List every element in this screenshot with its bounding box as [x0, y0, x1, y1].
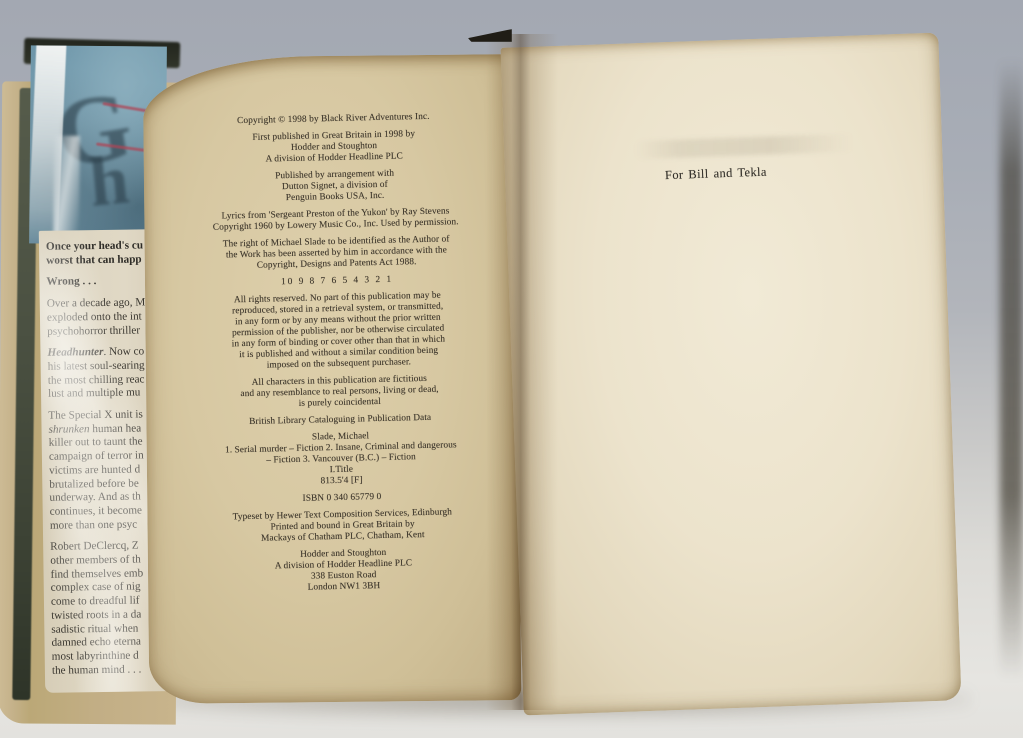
dedication-page: For Bill and Tekla	[500, 33, 961, 716]
copyright-block: All characters in this publication are f…	[210, 373, 469, 412]
print-run-numbers: 10 9 8 7 6 5 4 3 2 1	[208, 273, 466, 290]
text-line: 10 9 8 7 6 5 4 3 2 1	[208, 273, 466, 290]
copyright-text: Copyright © 1998 by Black River Adventur…	[204, 111, 473, 602]
jacket-crease	[53, 136, 80, 245]
board-shadow-fade	[1000, 60, 1023, 680]
copyright-block: The right of Michael Slade to be identif…	[207, 234, 466, 273]
publisher-address-block: Hodder and StoughtonA division of Hodder…	[214, 546, 473, 596]
copyright-block: Published by arrangement withDutton Sign…	[206, 167, 465, 206]
text-fragment: human hea	[89, 422, 141, 435]
copyright-block: Lyrics from 'Sergeant Preston of the Yuk…	[206, 206, 464, 234]
dedication-text: For Bill and Tekla	[665, 165, 767, 184]
text-line: ISBN 0 340 65779 0	[213, 490, 471, 507]
book-title-headhunter: Headhunter	[47, 346, 103, 359]
copyright-block: First published in Great Britain in 1998…	[205, 128, 464, 167]
isbn-line: ISBN 0 340 65779 0	[213, 490, 471, 507]
text-line: Copyright © 1998 by Black River Adventur…	[204, 111, 462, 128]
text-line: British Library Cataloguing in Publicati…	[211, 412, 469, 429]
copyright-block: British Library Cataloguing in Publicati…	[211, 412, 469, 429]
copyright-block: All rights reserved. No part of this pub…	[208, 290, 468, 373]
text-line: Wrong . . .	[46, 275, 96, 288]
copyright-page: Copyright © 1998 by Black River Adventur…	[143, 54, 522, 704]
printer-block: Typeset by Hewer Text Composition Servic…	[213, 507, 472, 546]
text-fragment: shrunken	[48, 423, 89, 436]
cover-art-glyph: h	[86, 140, 132, 223]
text-fragment: . Now co	[103, 346, 144, 359]
show-through-smudge	[634, 133, 864, 159]
cataloguing-block: Slade, Michael1. Serial murder – Fiction…	[212, 429, 471, 490]
copyright-block: Copyright © 1998 by Black River Adventur…	[204, 111, 462, 128]
